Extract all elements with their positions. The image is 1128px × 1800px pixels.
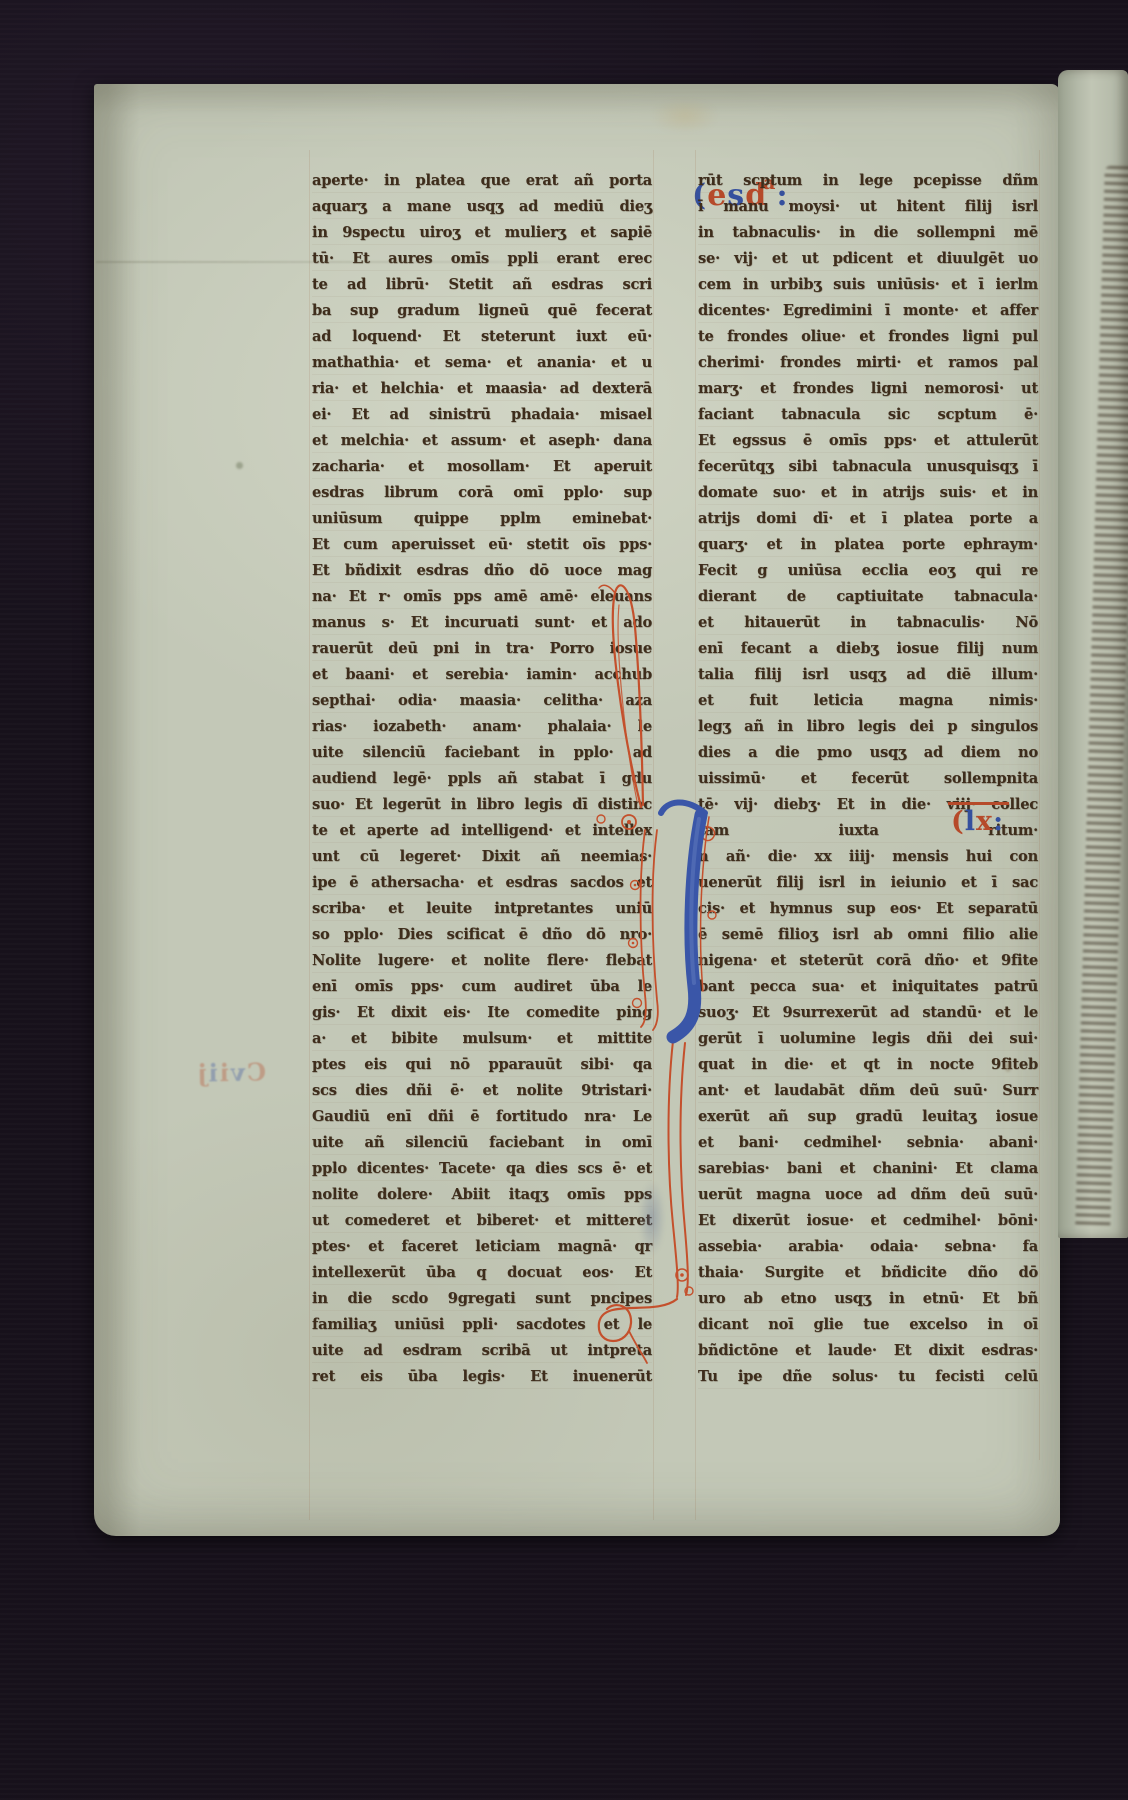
manuscript-text-line: ant· et laudabāt dñm deū suū· Surr: [698, 1078, 1038, 1104]
manuscript-text-line: uenerūt filij isrl in ieiunio et ī sac: [698, 870, 1038, 896]
manuscript-text-line: aperte· in platea que erat añ porta: [312, 168, 652, 194]
manuscript-text-line: ē semē filioʒ isrl ab omni filio alie: [698, 922, 1038, 948]
book-fore-edge: [1058, 70, 1128, 1238]
manuscript-text-line: dicentes· Egredimini ī monte· et affer: [698, 298, 1038, 324]
manuscript-text-line: ria· et helchia· et maasia· ad dexterā: [312, 376, 652, 402]
manuscript-text-line: quat in die· et qt in nocte 9fiteb: [698, 1052, 1038, 1078]
manuscript-text-line: mathathia· et sema· et anania· et u: [312, 350, 652, 376]
faded-margin-numeral: Cviij: [196, 1057, 266, 1087]
manuscript-text-line: ei· Et ad sinistrū phadaia· misael: [312, 402, 652, 428]
manuscript-text-line: talia filij isrl usqʒ ad diē illum·: [698, 662, 1038, 688]
manuscript-text-line: atrijs domi dī· et ī platea porte a: [698, 506, 1038, 532]
manuscript-text-line: ret eis ūba legis· Et inuenerūt: [312, 1364, 652, 1390]
manuscript-text-line: aquarʒ a mane usqʒ ad mediū dieʒ: [312, 194, 652, 220]
faded-letter: C: [245, 1057, 267, 1086]
manuscript-text-line: fecerūtqʒ sibi tabnacula unusquisqʒ ī: [698, 454, 1038, 480]
manuscript-text-line: ī manu moysi· ut hitent filij isrl: [698, 194, 1038, 220]
photo-backdrop: { "header": { "running_title_text": "esd…: [0, 0, 1128, 1800]
manuscript-text-line: Et cum aperuisset eū· stetit oīs pps·: [312, 532, 652, 558]
manuscript-text-line: uissimū· et fecerūt sollempnita: [698, 766, 1038, 792]
manuscript-text-line: esdras librum corā omī pplo· sup: [312, 480, 652, 506]
illuminated-initial-penwork: [585, 575, 725, 1365]
blurred-next-page-text: [1075, 166, 1128, 1231]
manuscript-text-line: te frondes oliue· et frondes ligni pul: [698, 324, 1038, 350]
manuscript-text-line: zacharia· et mosollam· Et aperuit: [312, 454, 652, 480]
manuscript-text-line: in 9spectu uiroʒ et mulierʒ et sapiē: [312, 220, 652, 246]
mark-punct: :: [993, 806, 1004, 837]
manuscript-text-line: n añ· die· xx iiij· mensis hui con: [698, 844, 1038, 870]
manuscript-text-line: et melchia· et assum· et aseph· dana: [312, 428, 652, 454]
speck: [236, 462, 243, 469]
manuscript-text-line: et hitauerūt in tabnaculis· Nō: [698, 610, 1038, 636]
stain: [640, 92, 730, 140]
chapter-list-mark: (lx:: [948, 802, 1009, 839]
manuscript-text-line: et bani· cedmihel· sebnia· abani·: [698, 1130, 1038, 1156]
manuscript-text-line: Fecit g uniūsa ecclia eoʒ qui re: [698, 558, 1038, 584]
faded-letter: i: [218, 1058, 230, 1087]
manuscript-text-line: enī fecant a diebʒ iosue filij num: [698, 636, 1038, 662]
manuscript-text-line: ad loquend· Et steterunt iuxt eū·: [312, 324, 652, 350]
manuscript-text-line: sarebias· bani et chanini· Et clama: [698, 1156, 1038, 1182]
manuscript-text-line: se· vij· et ut pdicent et diuulgēt uo: [698, 246, 1038, 272]
manuscript-text-line: cis· et hymnus sup eos· Et separatū: [698, 896, 1038, 922]
manuscript-text-line: Et egssus ē omīs pps· et attulerūt: [698, 428, 1038, 454]
manuscript-text-line: rūt scptum in lege pcepisse dñm: [698, 168, 1038, 194]
manuscript-text-line: exerūt añ sup gradū leuitaʒ iosue: [698, 1104, 1038, 1130]
manuscript-text-line: assebia· arabia· odaia· sebna· fa: [698, 1234, 1038, 1260]
manuscript-text-line: et fuit leticia magna nimis·: [698, 688, 1038, 714]
manuscript-text-line: Tu ipe dñe solus· tu fecisti celū: [698, 1364, 1038, 1390]
manuscript-text-line: domate suo· et in atrijs suis· et in: [698, 480, 1038, 506]
manuscript-text-line: dies a die pmo usqʒ ad diem no: [698, 740, 1038, 766]
manuscript-text-line: tū· Et aures omīs ppli erant erec: [312, 246, 652, 272]
manuscript-text-line: ba sup gradum ligneū quē fecerat: [312, 298, 652, 324]
manuscript-text-line: dicant noī glie tue excelso in oī: [698, 1312, 1038, 1338]
manuscript-text-line: suoʒ· Et 9surrexerūt ad standū· et le: [698, 1000, 1038, 1026]
manuscript-text-line: marʒ· et frondes ligni nemorosi· ut: [698, 376, 1038, 402]
mark-letter-l: l: [965, 806, 976, 837]
ruling-line: [309, 150, 310, 1520]
manuscript-text-line: uro ab etno usqʒ in etnū· Et bñ: [698, 1286, 1038, 1312]
crease-line: [96, 261, 596, 263]
manuscript-text-line: dierant de captiuitate tabnacula·: [698, 584, 1038, 610]
faded-letter: v: [229, 1058, 245, 1087]
manuscript-text-line: cherimi· frondes mirti· et ramos pal: [698, 350, 1038, 376]
text-column-right: rūt scptum in lege pcepisse dñmī manu mo…: [698, 168, 1038, 1390]
mark-paren: (: [951, 806, 965, 837]
mark-letter-x: x: [976, 806, 993, 837]
manuscript-text-line: thaia· Surgite et bñdicite dño dō: [698, 1260, 1038, 1286]
manuscript-text-line: bant pecca sua· et iniquitates patrū: [698, 974, 1038, 1000]
speck: [1005, 1062, 1011, 1072]
manuscript-text-line: uerūt magna uoce ad dñm deū suū·: [698, 1182, 1038, 1208]
manuscript-text-line: uniūsum quippe pplm eminebat·: [312, 506, 652, 532]
faded-letter: i: [206, 1058, 218, 1087]
manuscript-text-line: faciant tabnacula sic scptum ē·: [698, 402, 1038, 428]
manuscript-text-line: Et dixerūt iosue· et cedmihel· bōni·: [698, 1208, 1038, 1234]
faded-letter: j: [196, 1058, 207, 1087]
manuscript-text-line: nigena· et steterūt corā dño· et 9fite: [698, 948, 1038, 974]
manuscript-text-line: legʒ añ in libro legis dei p singulos: [698, 714, 1038, 740]
manuscript-text-line: bñdictōne et laude· Et dixit esdras·: [698, 1338, 1038, 1364]
manuscript-text-line: in tabnaculis· in die sollempni mē: [698, 220, 1038, 246]
manuscript-text-line: te ad librū· Stetit añ esdras scri: [312, 272, 652, 298]
manuscript-text-line: cem in urbibʒ suis uniūsis· et ī ierlm: [698, 272, 1038, 298]
manuscript-text-line: gerūt ī uolumine legis dñi dei sui·: [698, 1026, 1038, 1052]
manuscript-text-line: quarʒ· et in platea porte ephraym·: [698, 532, 1038, 558]
ruling-line: [1039, 150, 1040, 1460]
